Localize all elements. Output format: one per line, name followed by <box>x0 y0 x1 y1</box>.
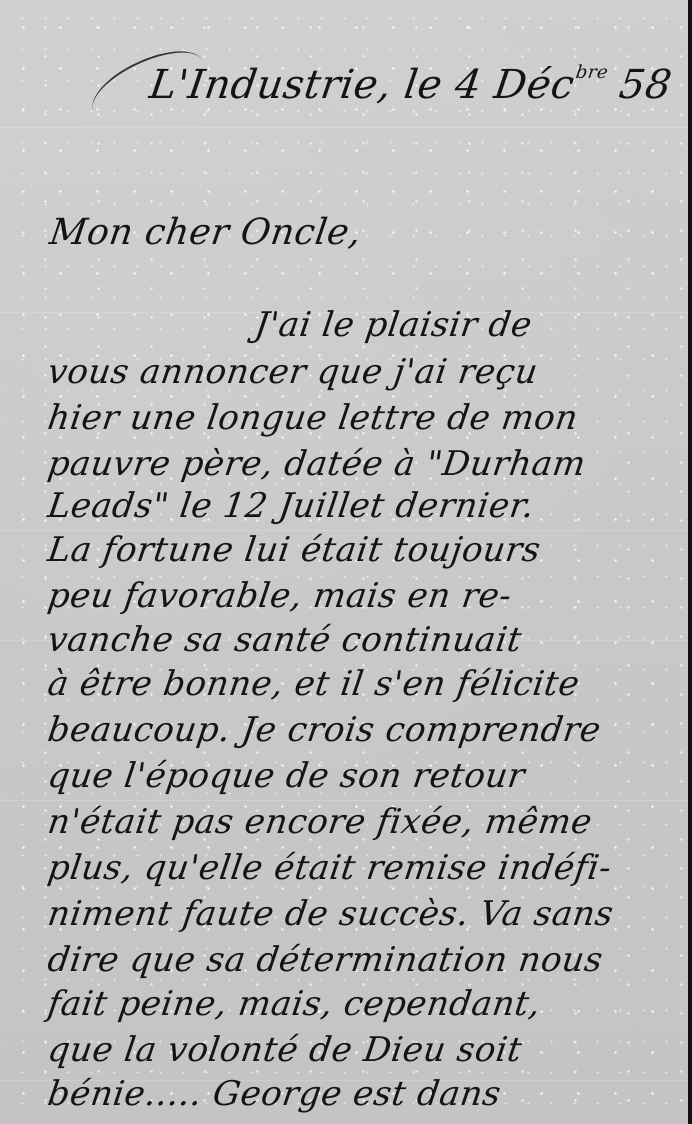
greeting: Mon cher Oncle, <box>47 212 364 253</box>
letter-line: plus, qu'elle était remise indéfi- <box>45 848 614 888</box>
letter-line: vous annoncer que j'ai reçu <box>45 352 540 392</box>
letter-line: J'ai le plaisir de <box>252 305 534 345</box>
letter-line: fait peine, mais, cependant, <box>45 984 543 1024</box>
place: L'Industrie, <box>147 62 395 108</box>
place-date-heading: L'Industrie, le 4 Décbre 58 <box>147 62 675 108</box>
date-month: Déc <box>491 62 577 108</box>
letter-line: bénie..... George est dans <box>45 1074 503 1114</box>
letter-line: pauvre père, datée à "Durham <box>45 444 588 484</box>
letter-line: que la volonté de Dieu soit <box>45 1030 524 1070</box>
letter-line: Leads" le 12 Juillet dernier. <box>45 486 537 526</box>
date-day: 4 <box>452 62 484 108</box>
date-month-superscript: bre <box>574 62 609 83</box>
letter-line: niment faute de succès. Va sans <box>45 894 616 934</box>
letter-page: L'Industrie, le 4 Décbre 58 Mon cher Onc… <box>0 0 692 1124</box>
letter-line: à être bonne, et il s'en félicite <box>45 664 582 704</box>
letter-line: vanche sa santé continuait <box>45 620 524 660</box>
letter-line: beaucoup. Je crois comprendre <box>45 710 603 750</box>
letter-line: hier une longue lettre de mon <box>45 398 580 438</box>
letter-line: dire que sa détermination nous <box>45 940 605 980</box>
scan-edge <box>688 0 692 1124</box>
letter-line: n'était pas encore fixée, même <box>45 802 594 842</box>
letter-line: que l'époque de son retour <box>45 756 527 796</box>
letter-line: peu favorable, mais en re- <box>45 576 514 616</box>
date-le: le <box>401 62 445 108</box>
letter-line: La fortune lui était toujours <box>45 530 543 570</box>
ruled-line <box>0 800 692 801</box>
date-year: 58 <box>616 62 674 108</box>
